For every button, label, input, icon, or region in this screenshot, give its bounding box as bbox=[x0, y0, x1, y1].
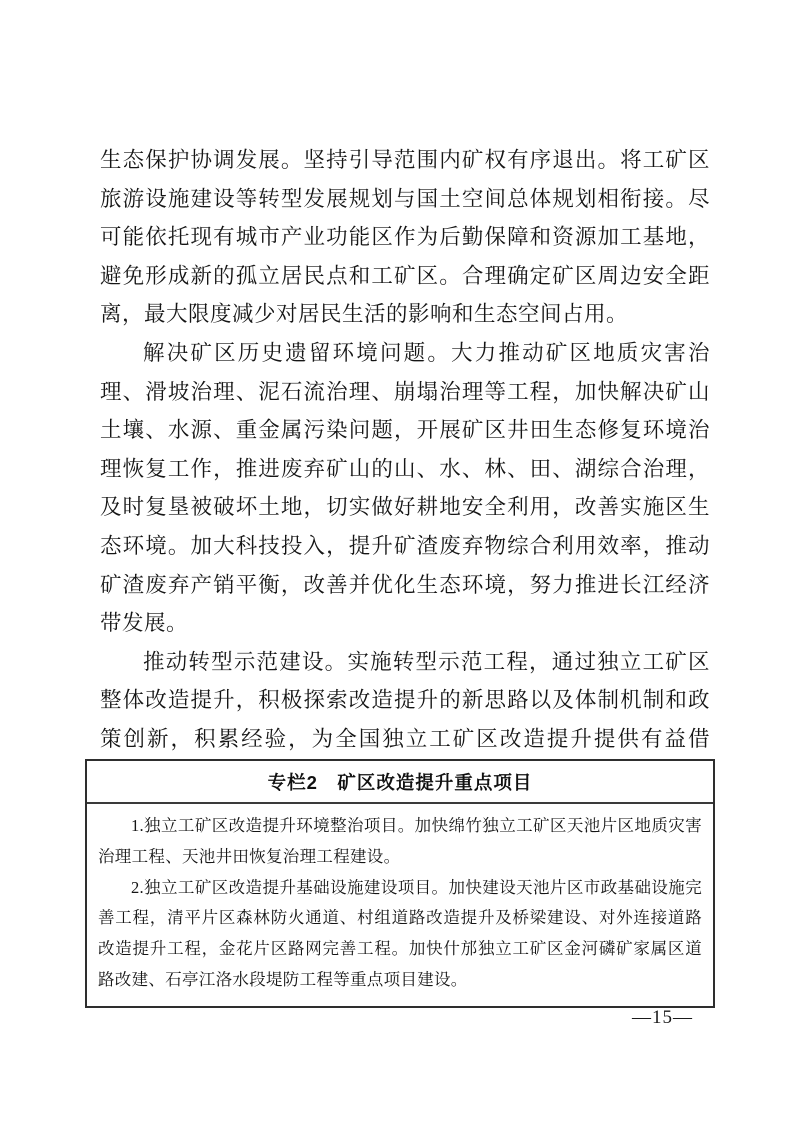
paragraph-continuation: 生态保护协调发展。坚持引导范围内矿权有序退出。将工矿区旅游设施建设等转型发展规划… bbox=[100, 141, 710, 334]
body-text-block: 生态保护协调发展。坚持引导范围内矿权有序退出。将工矿区旅游设施建设等转型发展规划… bbox=[100, 141, 710, 797]
paragraph-environment-issues: 解决矿区历史遗留环境问题。大力推动矿区地质灾害治理、滑坡治理、泥石流治理、崩塌治… bbox=[100, 334, 710, 643]
page-number: —15— bbox=[632, 1007, 693, 1029]
callout-box-title: 专栏2 矿区改造提升重点项目 bbox=[87, 761, 713, 804]
document-page: 生态保护协调发展。坚持引导范围内矿权有序退出。将工矿区旅游设施建设等转型发展规划… bbox=[0, 0, 793, 1122]
callout-box: 专栏2 矿区改造提升重点项目 1.独立工矿区改造提升环境整治项目。加快绵竹独立工… bbox=[85, 759, 715, 1008]
callout-item-1: 1.独立工矿区改造提升环境整治项目。加快绵竹独立工矿区天池片区地质灾害治理工程、… bbox=[98, 811, 702, 873]
callout-box-body: 1.独立工矿区改造提升环境整治项目。加快绵竹独立工矿区天池片区地质灾害治理工程、… bbox=[87, 804, 713, 1006]
callout-item-2: 2.独立工矿区改造提升基础设施建设项目。加快建设天池片区市政基础设施完善工程，清… bbox=[98, 873, 702, 996]
